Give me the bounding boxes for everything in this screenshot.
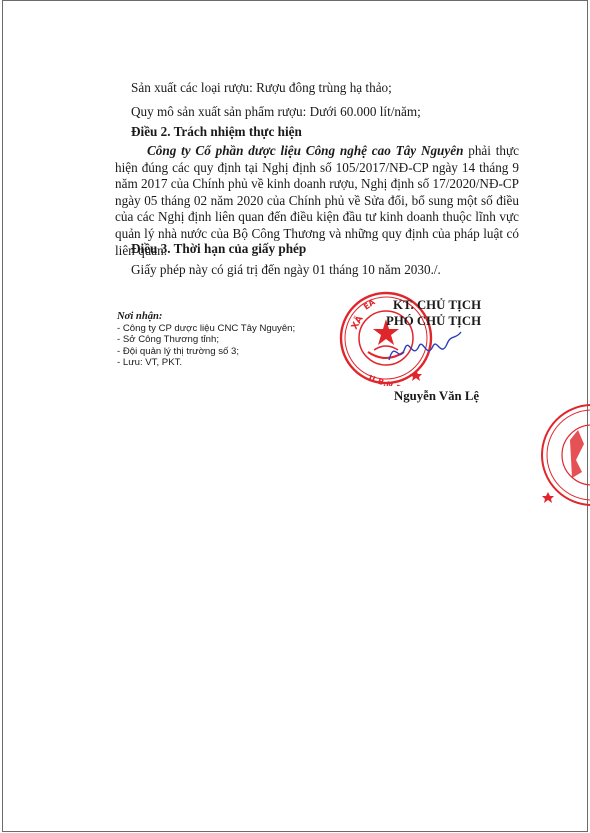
signature-title-1: KT. CHỦ TỊCH: [393, 297, 481, 313]
production-type-line: Sản xuất các loại rượu: Rượu đông trùng …: [131, 80, 392, 96]
signature-icon: [385, 330, 465, 370]
company-name: Công ty Cổ phần dược liệu Công nghệ cao …: [147, 143, 463, 158]
article-3-text: Giấy phép này có giá trị đến ngày 01 thá…: [131, 262, 441, 278]
article-2-heading: Điều 2. Trách nhiệm thực hiện: [131, 124, 302, 140]
article-3-heading: Điều 3. Thời hạn của giấy phép: [131, 241, 306, 257]
signer-name: Nguyễn Văn Lệ: [394, 388, 479, 404]
recipients-title: Nơi nhận:: [117, 311, 295, 323]
recipient-item: - Lưu: VT, PKT.: [117, 357, 295, 369]
recipients-block: Nơi nhận: - Công ty CP dược liệu CNC Tây…: [117, 311, 295, 369]
recipient-item: - Công ty CP dược liệu CNC Tây Nguyên;: [117, 323, 295, 335]
edge-seal-icon: [530, 400, 590, 510]
signature-title-2: PHÓ CHỦ TỊCH: [386, 313, 481, 329]
production-scale-line: Quy mô sản xuất sản phẩm rượu: Dưới 60.0…: [131, 104, 421, 120]
svg-text:U.B.N.D: U.B.N.D: [367, 373, 403, 386]
recipient-item: - Đội quản lý thị trường số 3;: [117, 346, 295, 358]
recipient-item: - Sở Công Thương tỉnh;: [117, 334, 295, 346]
